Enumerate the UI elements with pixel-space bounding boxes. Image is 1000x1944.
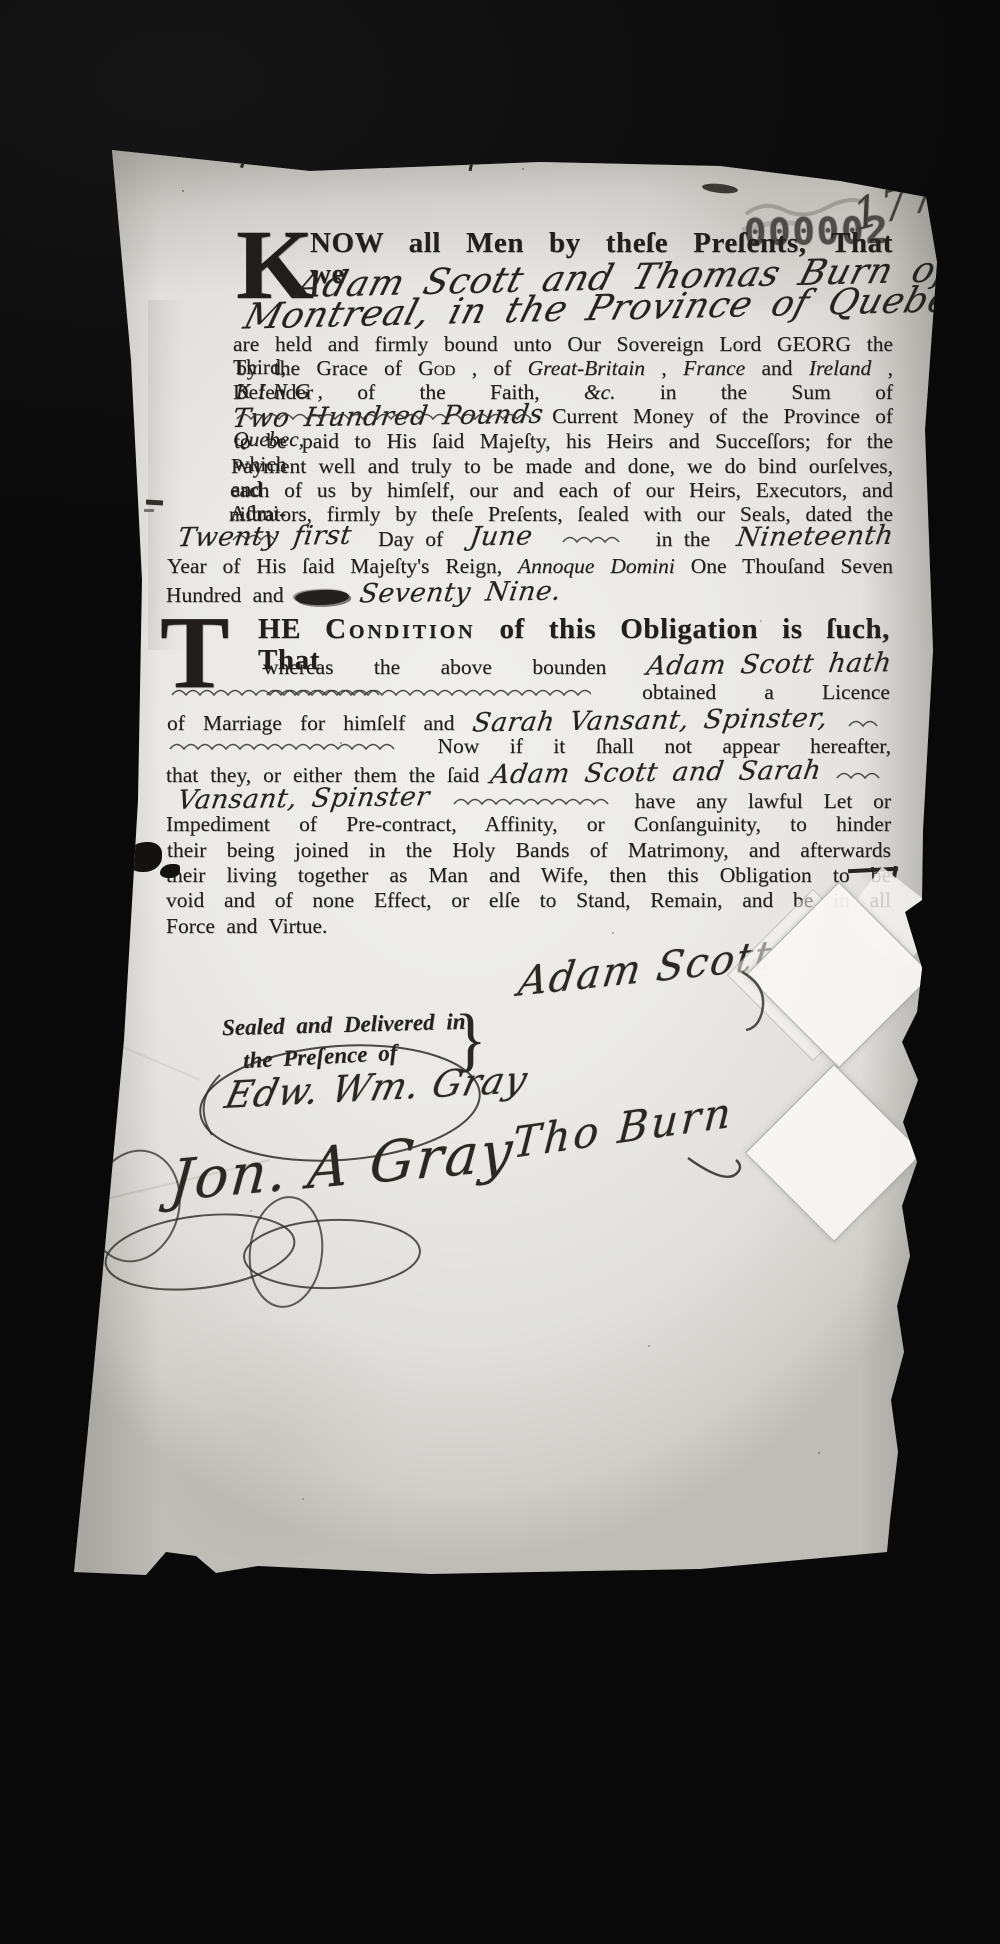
condition-line-9: their being joined in the Holy Bands of … [167,839,891,862]
condition-line-8: Impediment of Pre-contract, Affinity, or… [166,813,891,836]
condition-line-12: Force and Virtue. [166,915,520,938]
condition-line-10: their living together as Man and Wife, t… [166,864,891,887]
condition-line-4: of Marriage for himſelf and Sarah Vansan… [167,708,891,737]
edge-tick [469,157,475,171]
document-page: 000002 1777 K T NOW all Men by theſe Pre… [0,0,1000,1944]
wafer-seal [745,1064,923,1242]
condition-line-11: void and of none Effect, or elſe to Stan… [166,889,891,912]
paper-stain [120,1320,420,1560]
bond-line-3: Montreal, in the Province of Quebec Merc… [244,286,874,331]
margin-dash [146,500,163,506]
signature-jon-a-gray: Jon. A Gray [168,1119,517,1215]
bond-line-13: Year of His ſaid Majeſty's Reign, Annoqu… [167,555,893,578]
witness-clause-line1: Sealed and Delivered in [222,1009,466,1041]
bond-line-12: Twenty first Day of June in the Nineteen… [178,524,893,553]
edge-tick [240,155,247,168]
margin-dash [144,509,154,512]
condition-line-7: Vansant, Spinster have any lawful Let or [178,786,891,815]
dust-specks [0,0,2,2]
condition-line-3: obtained a Licence [168,681,890,704]
ink-blot [126,842,162,872]
signature-tho-burn: Tho Burn [511,1087,735,1168]
bond-line-14: Hundred and Seventy Nine. [166,580,680,609]
photostat-scan: 000002 1777 K T NOW all Men by theſe Pre… [0,0,1000,1944]
crossed-out-word [295,589,350,607]
